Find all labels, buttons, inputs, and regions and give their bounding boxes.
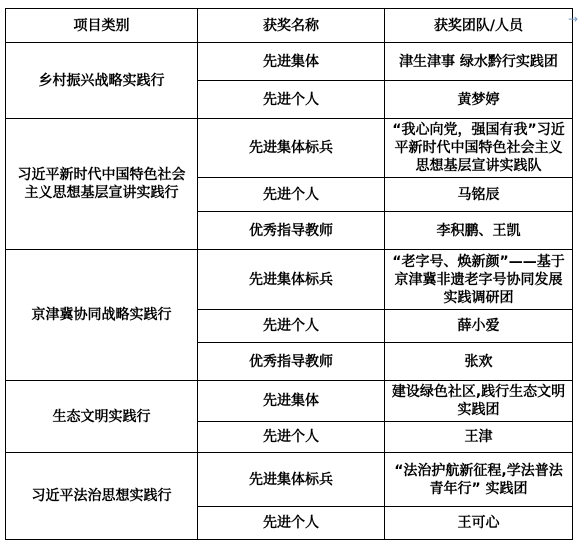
row-end-arrow-icon: → xyxy=(568,13,578,25)
recipient-cell: 李积鹏、王凯 xyxy=(385,212,573,250)
table-row: 乡村振兴战略实践行先进集体津生津事 绿水黔行实践团 xyxy=(6,43,573,81)
award-cell: 先进集体标兵 xyxy=(198,119,385,178)
table-row: 生态文明实践行先进集体建设绿色社区,践行生态文明实践团 xyxy=(6,381,573,422)
award-cell: 先进集体标兵 xyxy=(198,250,385,310)
header-row: 项目类别 获奖名称 获奖团队/人员 xyxy=(6,9,573,43)
award-cell: 先进集体 xyxy=(198,43,385,81)
award-cell: 先进个人 xyxy=(198,178,385,212)
header-cell-recipient: 获奖团队/人员 xyxy=(385,9,573,43)
document-page: 项目类别 获奖名称 获奖团队/人员 乡村振兴战略实践行先进集体津生津事 绿水黔行… xyxy=(0,0,579,541)
recipient-cell: 马铭辰 xyxy=(385,178,573,212)
recipient-cell: 建设绿色社区,践行生态文明实践团 xyxy=(385,381,573,422)
award-cell: 先进个人 xyxy=(198,422,385,453)
category-cell: 京津冀协同战略实践行 xyxy=(6,250,198,381)
recipient-cell: “法治护航新征程,学法普法青年行” 实践团 xyxy=(385,453,573,507)
recipient-cell: 津生津事 绿水黔行实践团 xyxy=(385,43,573,81)
header-cell-category: 项目类别 xyxy=(6,9,198,43)
recipient-cell: 薛小爱 xyxy=(385,310,573,343)
award-table: 项目类别 获奖名称 获奖团队/人员 乡村振兴战略实践行先进集体津生津事 绿水黔行… xyxy=(5,8,573,540)
award-cell: 先进集体 xyxy=(198,381,385,422)
category-cell: 乡村振兴战略实践行 xyxy=(6,43,198,119)
award-cell: 先进个人 xyxy=(198,81,385,119)
recipient-cell: 王可心 xyxy=(385,507,573,540)
header-cell-award: 获奖名称 xyxy=(198,9,385,43)
table-row: 京津冀协同战略实践行先进集体标兵“老字号、焕新颜”——基于京津冀非遗老字号协同发… xyxy=(6,250,573,310)
recipient-cell: 张欢 xyxy=(385,343,573,381)
recipient-cell: 黄梦婷 xyxy=(385,81,573,119)
award-cell: 先进个人 xyxy=(198,310,385,343)
category-cell: 生态文明实践行 xyxy=(6,381,198,453)
award-table-wrap: 项目类别 获奖名称 获奖团队/人员 乡村振兴战略实践行先进集体津生津事 绿水黔行… xyxy=(5,8,573,540)
table-row: 习近平法治思想实践行先进集体标兵“法治护航新征程,学法普法青年行” 实践团 xyxy=(6,453,573,507)
category-cell: 习近平法治思想实践行 xyxy=(6,453,198,540)
recipient-cell: “我心向党，强国有我”习近平新时代中国特色社会主义思想基层宣讲实践队 xyxy=(385,119,573,178)
table-row: 习近平新时代中国特色社会主义思想基层宣讲实践行先进集体标兵“我心向党，强国有我”… xyxy=(6,119,573,178)
award-cell: 优秀指导教师 xyxy=(198,212,385,250)
category-cell: 习近平新时代中国特色社会主义思想基层宣讲实践行 xyxy=(6,119,198,250)
recipient-cell: “老字号、焕新颜”——基于京津冀非遗老字号协同发展实践调研团 xyxy=(385,250,573,310)
award-cell: 先进集体标兵 xyxy=(198,453,385,507)
recipient-cell: 王津 xyxy=(385,422,573,453)
award-cell: 先进个人 xyxy=(198,507,385,540)
award-cell: 优秀指导教师 xyxy=(198,343,385,381)
